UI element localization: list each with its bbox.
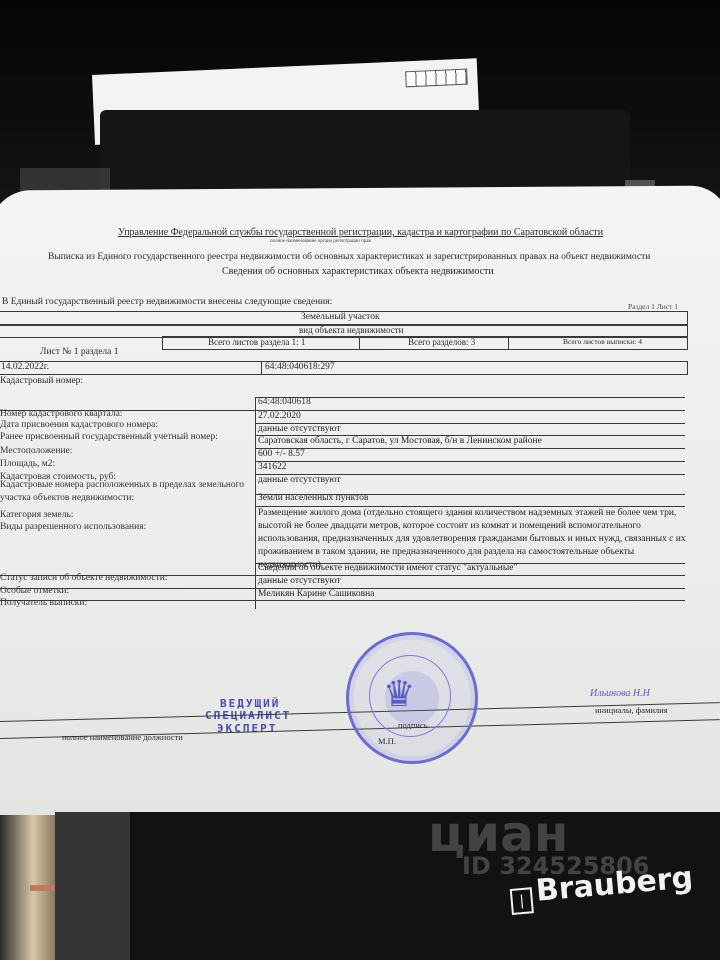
field-label-permitted-use: Виды разрешенного использования: [0,522,146,532]
field-label-recipient: Получатель выписки: [0,598,87,608]
intro-text: В Единый государственный реестр недвижим… [2,297,332,307]
field-label-objects-within: Кадастровые номера расположенных в преде… [0,479,250,505]
document-title: Выписка из Единого государственного реес… [48,252,650,262]
name-caption: инициалы, фамилия [595,705,668,715]
sheet-label: Лист № 1 раздела 1 [40,347,119,357]
field-value-record-status: Сведения об объекте недвижимости имеют с… [258,563,517,573]
field-label-prev-number: Ранее присвоенный государственный учетны… [0,432,218,442]
document-subtitle: Сведения об основных характеристиках объ… [222,266,494,277]
field-value-objects-within: данные отсутствуют [258,475,341,485]
field-label-location: Местоположение: [0,446,72,456]
section-marker: Раздел 1 Лист 1 [628,302,678,311]
field-value-date-assigned: 27.02.2020 [258,411,301,421]
field-label-record-status: Статус записи об объекте недвижимости: [0,573,168,583]
total-sections: Всего разделов: 3 [408,337,475,347]
field-label-area: Площадь, м2: [0,459,55,469]
field-value-quarter: 64:48:040618 [258,397,311,407]
field-value-cadastral-value: 341622 [258,462,287,472]
object-type-caption: вид объекта недвижимости [299,325,403,335]
field-value-area: 600 +/- 8.57 [258,449,305,459]
field-value-special-marks: данные отсутствуют [258,576,341,586]
cadastral-number: 64:48:040618:297 [265,362,335,372]
totals-row: Всего листов раздела 1: 1 Всего разделов… [162,336,688,350]
signature-caption: подпись [398,720,428,730]
field-value-land-category: Земли населенных пунктов [258,493,368,503]
field-value-prev-number: данные отсутствуют [258,424,341,434]
position-caption: полное наименование должности [62,732,183,742]
field-value-location: Саратовская область, г Саратов, ул Мосто… [258,436,542,446]
signer-name: Ильинова Н.Н [590,688,650,699]
authority-name: Управление Федеральной службы государств… [118,227,603,238]
field-label-land-category: Категория земель: [0,510,73,520]
seal-caption: М.П. [378,736,396,746]
cadastral-number-label: Кадастровый номер: [0,376,83,386]
binder-stripe [30,885,55,891]
total-sheets-section: Всего листов раздела 1: 1 [208,337,305,347]
coat-of-arms-icon: ♛ [383,673,415,715]
field-value-recipient: Меликян Карине Сашиковна [258,589,374,599]
field-label-date-assigned: Дата присвоения кадастрового номера: [0,420,158,430]
cadastral-number-row: 14.02.2022г. 64:48:040618:297 [0,361,688,375]
object-type: Земельный участок [301,312,380,322]
book-logo-icon: ❘ [510,887,534,915]
authority-caption: полное наименование органа регистрации п… [270,239,371,244]
official-seal: ♛ [346,632,478,764]
extract-date: 14.02.2022г. [1,362,49,372]
plastic-sleeve-bottom [55,812,130,960]
total-sheets-extract: Всего листов выписки: 4 [563,337,642,346]
field-label-quarter: Номер кадастрового квартала: [0,409,122,419]
